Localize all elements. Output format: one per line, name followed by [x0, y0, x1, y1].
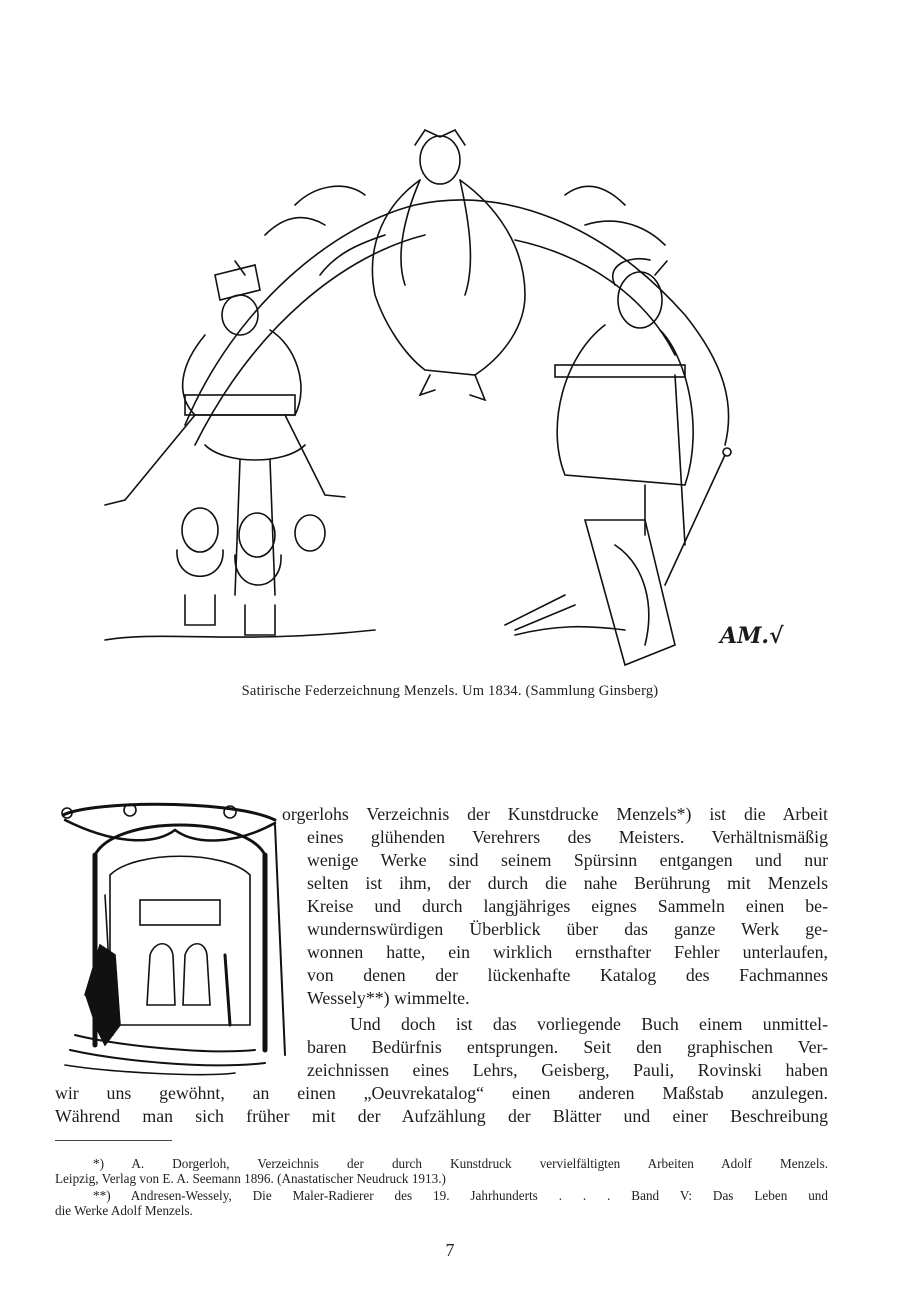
figure-caption: Satirische Federzeichnung Menzels. Um 18… — [0, 683, 900, 700]
satirical-pen-drawing-illustration: AM.√ — [85, 125, 800, 670]
footnote-2-line: die Werke Adolf Menzels. — [55, 1203, 255, 1219]
dropcap-stage-illustration — [55, 795, 295, 1080]
body-line: Während man sich früher mit der Aufzählu… — [55, 1105, 828, 1128]
body-line: baren Bedürfnis entsprungen. Seit den gr… — [307, 1036, 828, 1059]
artist-signature: AM.√ — [720, 623, 784, 649]
body-line: Kreise und durch langjähriges eignes Sam… — [307, 895, 828, 918]
footnote-2-line: **) Andresen-Wessely, Die Maler-Radierer… — [93, 1188, 828, 1204]
body-line: Wessely**) wimmelte. — [307, 987, 497, 1010]
footnote-rule — [55, 1140, 172, 1141]
body-line: eines glühenden Verehrers des Meisters. … — [307, 826, 828, 849]
body-line: wonnen hatte, ein wirklich ernsthafter F… — [307, 941, 828, 964]
body-line: selten ist ihm, der durch die nahe Berüh… — [307, 872, 828, 895]
body-line: wundernswürdigen Überblick über das ganz… — [307, 918, 828, 941]
body-line: Und doch ist das vorliegende Buch einem … — [350, 1013, 828, 1036]
footnote-1-line: *) A. Dorgerloh, Verzeichnis der durch K… — [93, 1156, 828, 1172]
page-number: 7 — [0, 1240, 900, 1261]
body-line: von denen der lückenhafte Katalog des Fa… — [307, 964, 828, 987]
body-line: zeichnissen eines Lehrs, Geisberg, Pauli… — [307, 1059, 828, 1082]
body-line: orgerlohs Verzeichnis der Kunstdrucke Me… — [282, 803, 828, 826]
body-line: wenige Werke sind seinem Spürsinn entgan… — [307, 849, 828, 872]
body-line: wir uns gewöhnt, an einen „Oeuvrekatalog… — [55, 1082, 828, 1105]
footnote-1-line: Leipzig, Verlag von E. A. Seemann 1896. … — [55, 1171, 435, 1187]
